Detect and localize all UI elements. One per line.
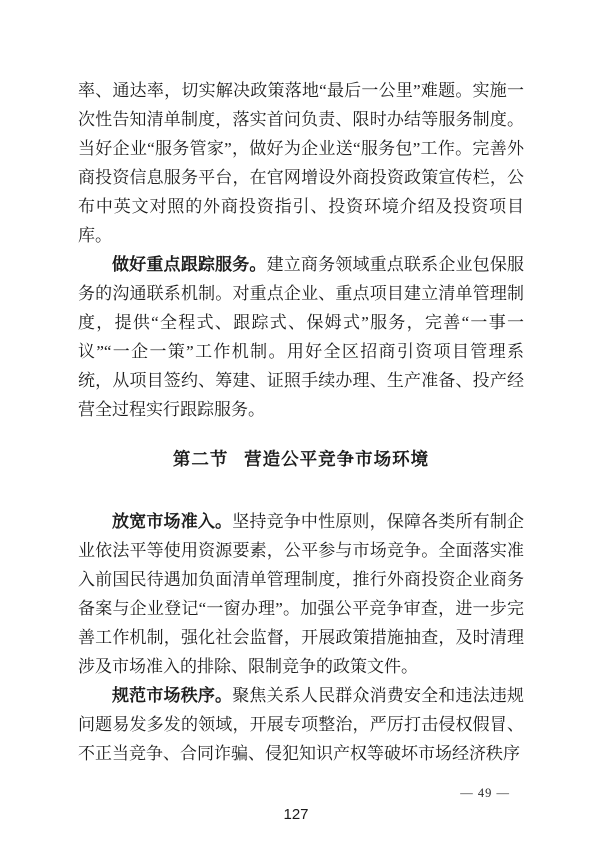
document-page: 率、通达率，切实解决政策落地“最后一公里”难题。实施一次性告知清单制度，落实首问…: [0, 0, 600, 848]
paragraph: 率、通达率，切实解决政策落地“最后一公里”难题。实施一次性告知清单制度，落实首问…: [78, 76, 524, 250]
document-body: 率、通达率，切实解决政策落地“最后一公里”难题。实施一次性告知清单制度，落实首问…: [78, 76, 524, 768]
section-heading: 第二节营造公平竞争市场环境: [78, 445, 524, 474]
paragraph-text: 坚持竞争中性原则，保障各类所有制企业依法平等使用资源要素，公平参与市场竞争。全面…: [78, 512, 524, 676]
paragraph-lead: 放宽市场准入。: [112, 512, 232, 531]
section-number: 第二节: [173, 449, 229, 469]
paragraph-text: 建立商务领域重点联系企业包保服务的沟通联系机制。对重点企业、重点项目建立清单管理…: [78, 255, 524, 419]
paragraph-lead: 规范市场秩序。: [112, 686, 232, 705]
paragraph-text: 率、通达率，切实解决政策落地“最后一公里”难题。实施一次性告知清单制度，落实首问…: [78, 81, 524, 245]
paragraph-lead: 做好重点跟踪服务。: [112, 255, 267, 274]
section-title: 营造公平竞争市场环境: [244, 449, 429, 469]
paragraph: 做好重点跟踪服务。建立商务领域重点联系企业包保服务的沟通联系机制。对重点企业、重…: [78, 250, 524, 424]
paragraph: 放宽市场准入。坚持竞争中性原则，保障各类所有制企业依法平等使用资源要素，公平参与…: [78, 507, 524, 681]
paragraph: 规范市场秩序。聚焦关系人民群众消费安全和违法违规问题易发多发的领域，开展专项整治…: [78, 681, 524, 768]
page-marker: — 49 —: [460, 786, 510, 801]
page-number: 127: [0, 806, 592, 823]
